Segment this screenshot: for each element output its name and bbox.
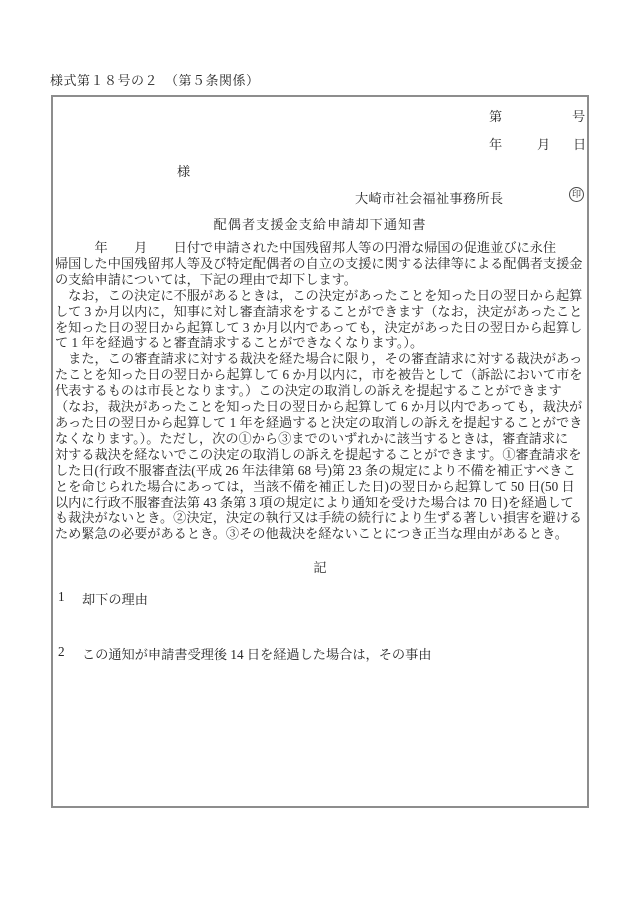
record-marker: 記 <box>53 557 587 576</box>
date-year-label: 年 <box>489 134 502 153</box>
item-1-label: 却下の理由 <box>82 589 148 608</box>
seal-character: 印 <box>572 190 581 199</box>
doc-number-prefix-label: 第 <box>489 106 502 125</box>
body-text: 年 月 日付で申請された中国残留邦人等の円滑な帰国の促進並びに永住 帰国した中国… <box>55 240 587 542</box>
item-2-label: この通知が申請書受理後 14 日を経過した場合は，その事由 <box>82 644 431 663</box>
document-page: 様式第１８号の２ （第５条関係） 第 号 年 月 日 様 大崎市社会福祉事務所長… <box>0 0 630 915</box>
form-number: 様式第１８号の２ （第５条関係） <box>50 70 260 89</box>
document-frame: 第 号 年 月 日 様 大崎市社会福祉事務所長 印 配偶者支援金支給申請却下通知… <box>51 95 589 808</box>
date-month-label: 月 <box>537 134 550 153</box>
item-2-number: 2 <box>58 644 65 660</box>
date-day-label: 日 <box>573 134 586 153</box>
item-1-number: 1 <box>58 589 65 605</box>
sender-title: 大崎市社会福祉事務所長 <box>355 188 503 207</box>
doc-number-suffix-label: 号 <box>572 106 585 125</box>
document-title: 配偶者支援金支給申請却下通知書 <box>53 214 587 233</box>
addressee-honorific: 様 <box>177 161 190 180</box>
seal-icon: 印 <box>569 187 584 202</box>
